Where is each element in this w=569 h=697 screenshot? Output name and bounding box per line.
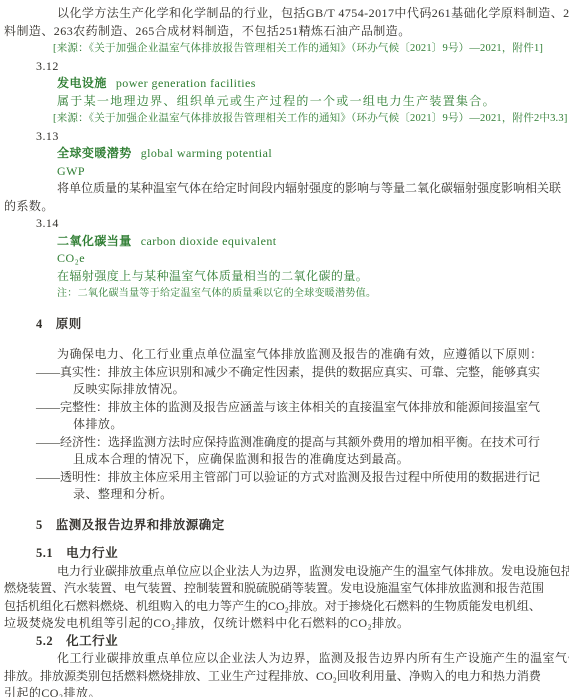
section-5-1-paragraph-line-2: 燃烧装置、汽水装置、电气装置、控制装置和脱硫脱硝等装置。发电设施温室气体排放监测… xyxy=(0,580,569,598)
clause-3-13-abbreviation: GWP xyxy=(0,163,569,181)
clause-3-13-term: 全球变暖潜势global warming potential xyxy=(0,145,569,163)
principle-economy-line-2: 且成本合理的情况下，应确保监测和报告的准确度达到最高。 xyxy=(0,451,569,469)
clause-3-14-term: 二氧化碳当量carbon dioxide equivalent xyxy=(0,233,569,251)
section-5-1-paragraph-line-3: 包括机组化石燃料燃烧、机组购入的电力等产生的CO₂排放。对于掺烧化石燃料的生物质… xyxy=(0,598,569,616)
clause-3-14-note: 注：二氧化碳当量等于给定温室气体的质量乘以它的全球变暖潜势值。 xyxy=(0,285,569,303)
principle-transparency-line-1: ——透明性：排放主体应采用主管部门可以验证的方式对监测及报告过程中所使用的数据进… xyxy=(0,469,569,487)
section-5-2-heading: 5.2化工行业 xyxy=(0,633,569,651)
section-5-1-heading: 5.1电力行业 xyxy=(0,545,569,563)
principle-economy-line-1: ——经济性：选择监测方法时应保持监测准确度的提高与其额外费用的增加相平衡。在技术… xyxy=(0,434,569,452)
clause-3-12-source-reference: [来源：《关于加强企业温室气体排放报告管理相关工作的通知》（环办气候〔2021〕… xyxy=(0,110,569,128)
term-zh-global-warming-potential: 全球变暖潜势 xyxy=(57,146,132,160)
clause-3-11-source-reference: [来源：《关于加强企业温室气体排放报告管理相关工作的通知》（环办气候〔2021〕… xyxy=(0,40,569,58)
section-5-1-paragraph-line-1: 电力行业碳排放重点单位应以企业法人为边界，监测发电设施产生的温室气体排放。发电设… xyxy=(0,563,569,581)
section-4-title: 原则 xyxy=(56,317,82,331)
section-5-2-number: 5.2 xyxy=(36,634,53,648)
principle-completeness-line-2: 体排放。 xyxy=(0,416,569,434)
clause-3-11-definition-line-1: 以化学方法生产化学和化学制品的行业，包括GB/T 4754-2017中代码261… xyxy=(0,5,569,23)
clause-3-13-number: 3.13 xyxy=(0,128,569,146)
section-4-intro: 为确保电力、化工行业重点单位温室气体排放监测及报告的准确有效，应遵循以下原则： xyxy=(0,346,569,364)
clause-3-14-abbreviation: CO₂e xyxy=(0,250,569,268)
section-5-2-paragraph-line-2: 排放。排放源类别包括燃料燃烧排放、工业生产过程排放、CO₂回收利用量、净购入的电… xyxy=(0,668,569,686)
clause-3-12-definition: 属于某一地理边界、组织单元或生产过程的一个或一组电力生产装置集合。 xyxy=(0,93,569,111)
principle-completeness-line-1: ——完整性：排放主体的监测及报告应涵盖与该主体相关的直接温室气体排放和能源间接温… xyxy=(0,399,569,417)
section-5-1-title: 电力行业 xyxy=(66,546,118,560)
section-4-heading: 4原则 xyxy=(0,316,569,334)
principle-transparency-line-2: 录、整理和分析。 xyxy=(0,486,569,504)
section-5-1-paragraph-line-4: 垃圾焚烧发电机组等引起的CO₂排放，仅统计燃料中化石燃料的CO₂排放。 xyxy=(0,615,569,633)
clause-3-11-definition-line-2: 料制造、263农药制造、265合成材料制造，不包括251精炼石油产品制造。 xyxy=(0,23,569,41)
term-en-global-warming-potential: global warming potential xyxy=(141,146,272,160)
section-5-2-title: 化工行业 xyxy=(66,634,118,648)
term-zh-carbon-dioxide-equivalent: 二氧化碳当量 xyxy=(57,234,132,248)
principle-authenticity-line-1: ——真实性：排放主体应识别和减少不确定性因素，提供的数据应真实、可靠、完整，能够… xyxy=(0,364,569,382)
term-zh-power-generation-facilities: 发电设施 xyxy=(57,76,107,90)
section-5-heading: 5监测及报告边界和排放源确定 xyxy=(0,517,569,535)
principle-authenticity-line-2: 反映实际排放情况。 xyxy=(0,381,569,399)
section-5-2-paragraph-line-3: 引起的CO₂排放。 xyxy=(0,685,569,697)
term-en-power-generation-facilities: power generation facilities xyxy=(116,76,256,90)
clause-3-13-definition-line-1: 将单位质量的某种温室气体在给定时间段内辐射强度的影响与等量二氧化碳辐射强度影响相… xyxy=(0,180,569,198)
section-5-1-number: 5.1 xyxy=(36,546,53,560)
clause-3-14-number: 3.14 xyxy=(0,215,569,233)
section-5-2-paragraph-line-1: 化工行业碳排放重点单位应以企业法人为边界，监测及报告边界内所有生产设施产生的温室… xyxy=(0,650,569,668)
document-page: 以化学方法生产化学和化学制品的行业，包括GB/T 4754-2017中代码261… xyxy=(0,0,569,697)
term-en-carbon-dioxide-equivalent: carbon dioxide equivalent xyxy=(141,234,277,248)
clause-3-13-definition-line-2: 的系数。 xyxy=(0,198,569,216)
section-5-number: 5 xyxy=(36,518,43,532)
section-5-title: 监测及报告边界和排放源确定 xyxy=(56,518,225,532)
clause-3-14-definition: 在辐射强度上与某种温室气体质量相当的二氧化碳的量。 xyxy=(0,268,569,286)
section-4-number: 4 xyxy=(36,317,43,331)
clause-3-12-term: 发电设施power generation facilities xyxy=(0,75,569,93)
clause-3-12-number: 3.12 xyxy=(0,58,569,76)
